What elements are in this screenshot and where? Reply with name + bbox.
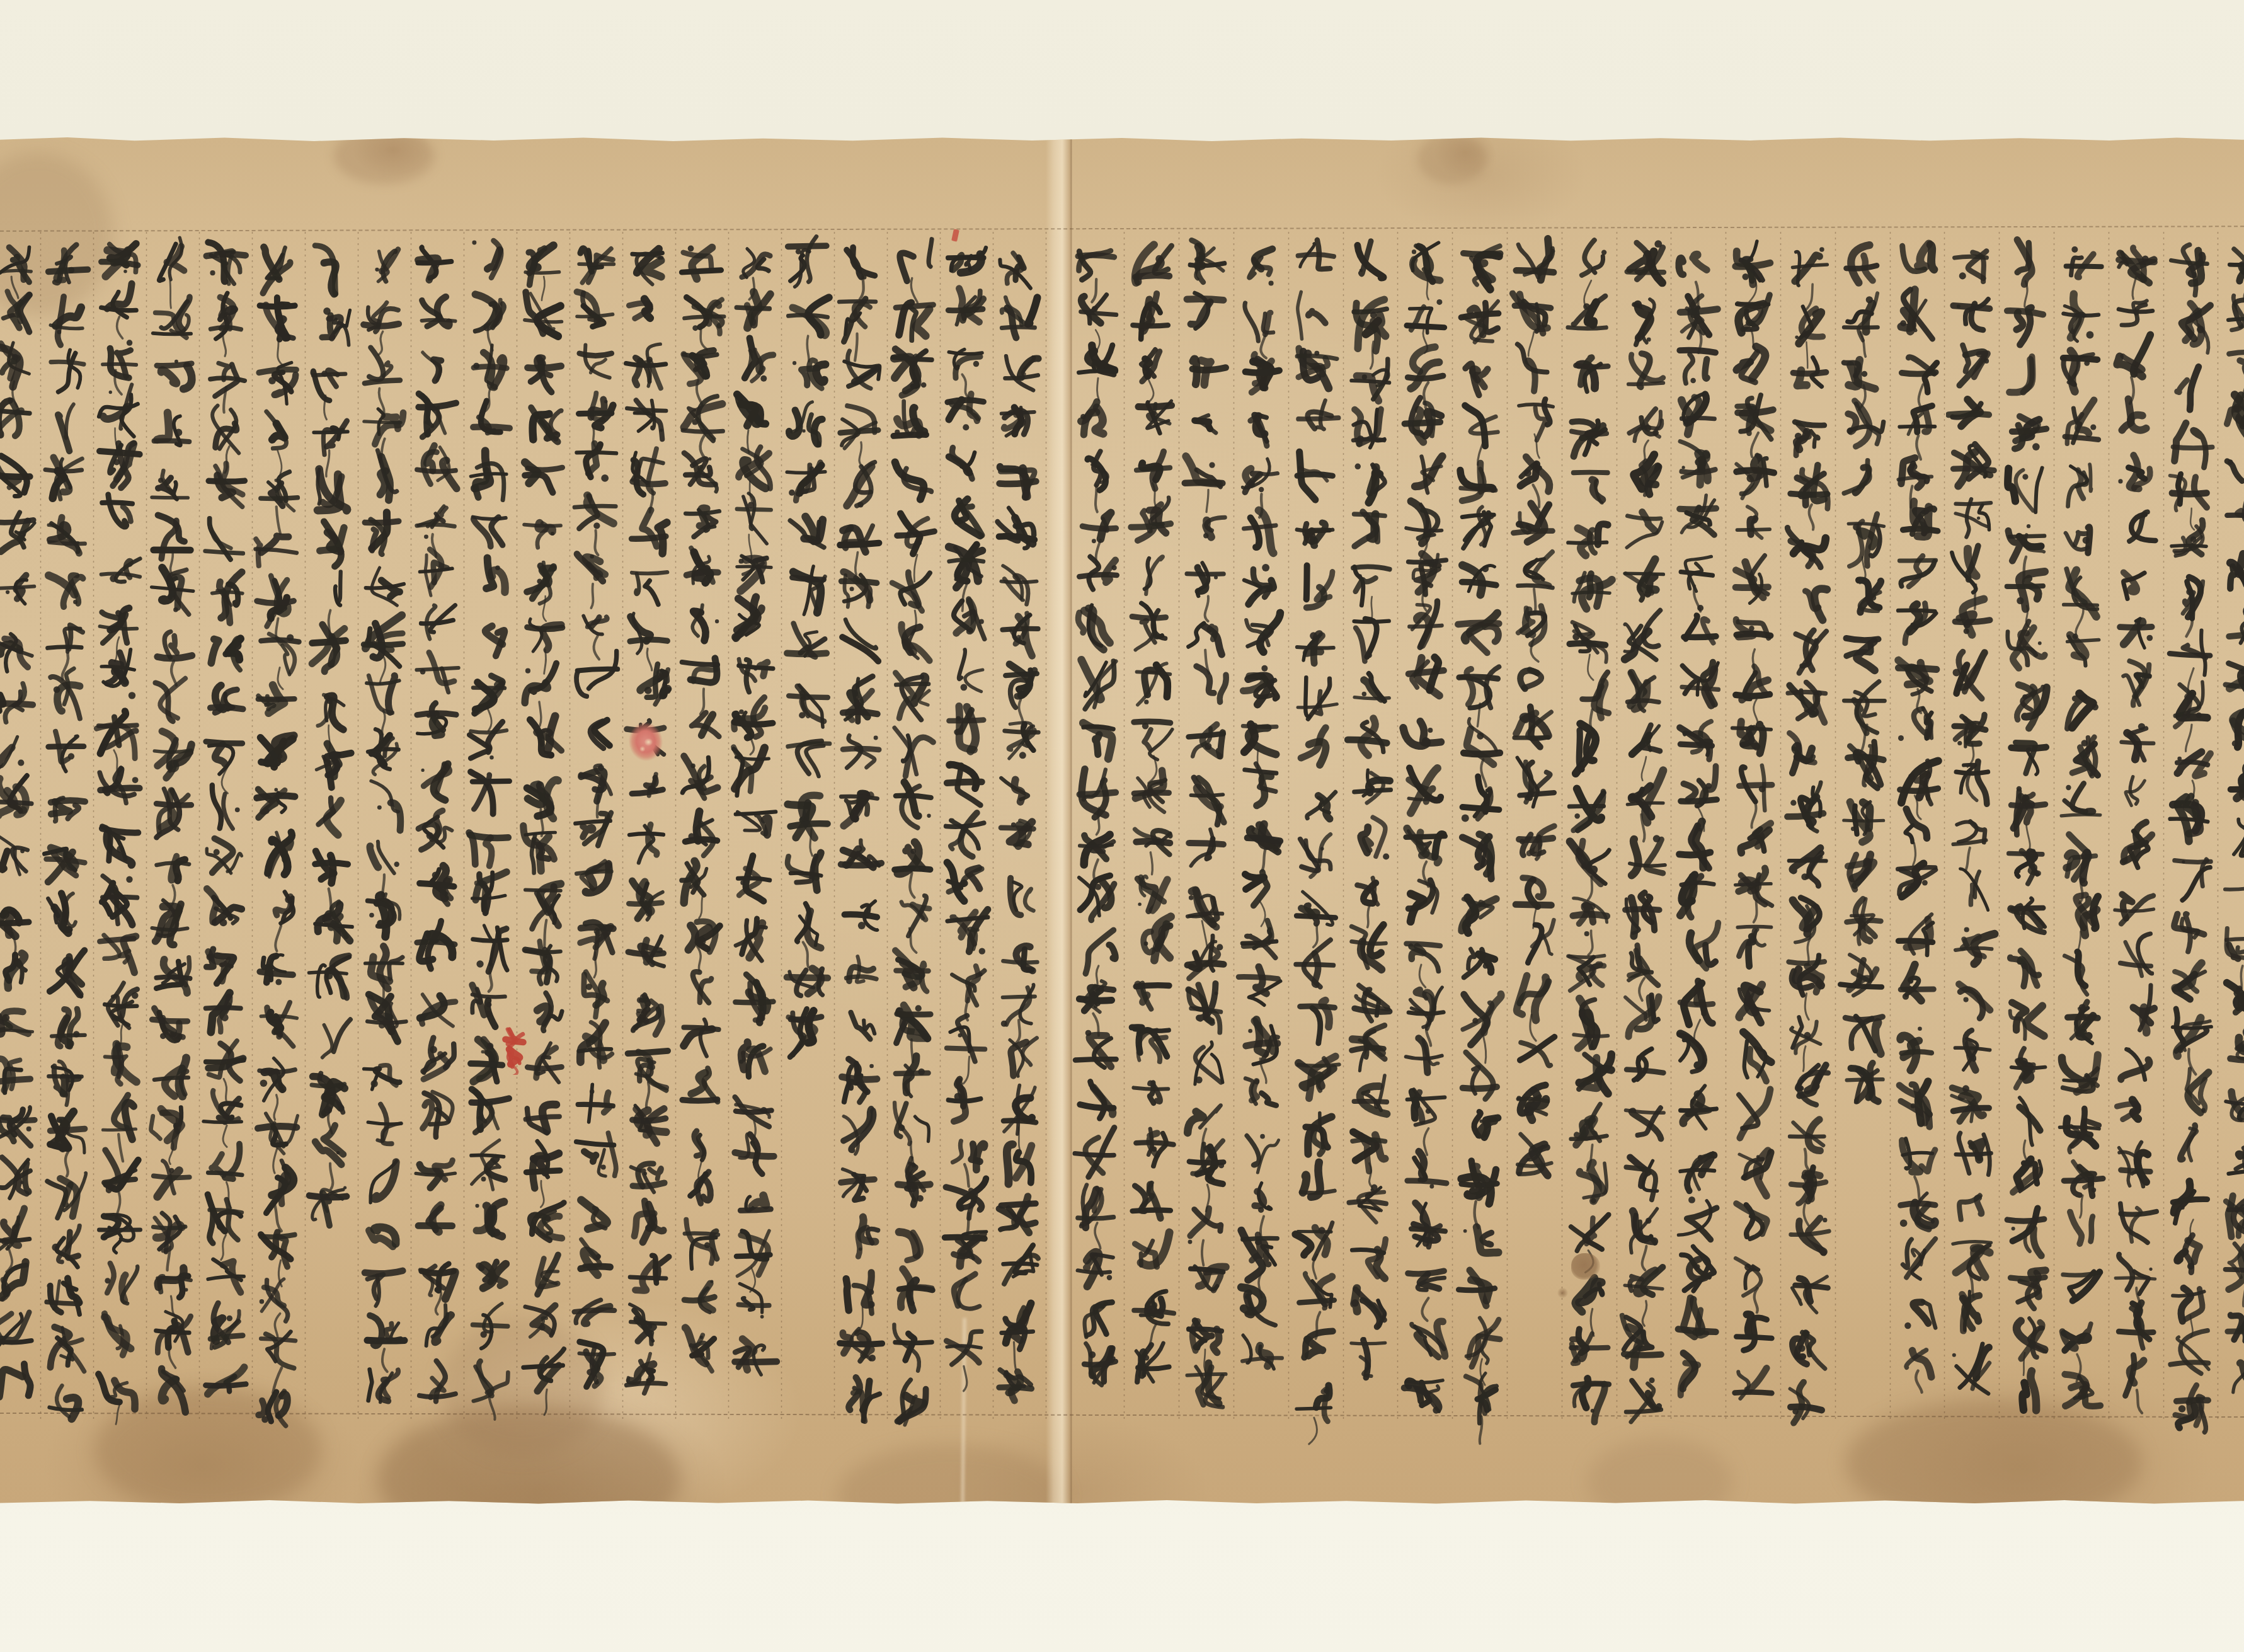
text-column [728,224,782,1510]
text-column [2056,224,2110,1510]
paper-seam [1046,134,1072,1507]
red-ink-gloss [500,1021,529,1075]
text-column [1454,224,1508,1510]
text-column [252,224,306,1510]
text-column [834,224,888,1510]
text-column [1837,224,1891,1510]
text-column [1891,224,1945,1510]
text-column [887,224,941,1510]
text-column [146,224,200,1510]
text-column [1235,224,1290,1510]
interlinear-gloss [655,667,673,699]
text-column [781,224,835,1510]
text-column [2165,224,2219,1510]
text-column [2219,224,2244,1510]
text-column [1399,224,1453,1510]
text-column [1727,224,1782,1510]
water-stain [334,127,435,184]
text-column [675,224,730,1510]
text-column [622,224,677,1510]
text-column [411,224,465,1510]
ink-stain-dot [1557,1288,1568,1298]
text-column [940,224,994,1510]
text-column [570,224,624,1510]
text-column [464,224,518,1510]
manuscript-scan [0,0,2244,1652]
text-column [1618,224,1672,1510]
text-column [1181,224,1235,1510]
text-column [199,224,253,1510]
text-column [93,224,147,1510]
text-column [1126,224,1180,1510]
text-column [1946,224,2000,1510]
text-column [1509,224,1563,1510]
text-column [40,224,94,1510]
text-column [358,224,412,1510]
water-stain [1417,134,1487,184]
text-column [1071,224,1125,1510]
text-column [1344,224,1399,1510]
text-column [993,224,1047,1510]
interlinear-gloss [635,992,653,1024]
text-column [517,224,571,1510]
text-column [305,224,359,1510]
scroll-paper [0,134,2244,1507]
text-column [1290,224,1344,1510]
text-column [1782,224,1836,1510]
text-column [2110,224,2165,1510]
text-column [0,224,42,1510]
text-column [1673,224,1727,1510]
text-column [1564,224,1618,1510]
text-column [2001,224,2055,1510]
